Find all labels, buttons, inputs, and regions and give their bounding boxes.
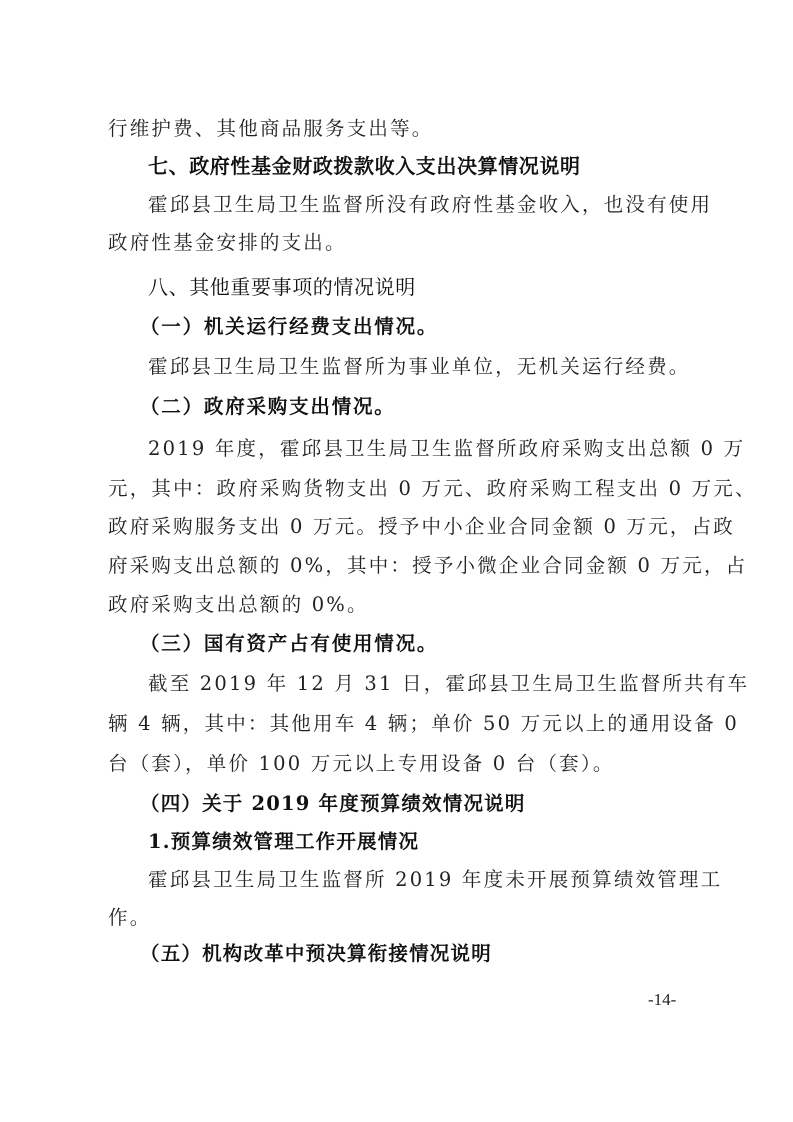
subsection-heading-2: （二）政府采购支出情况。 (140, 395, 730, 419)
body-paragraph-7-line1: 霍邱县卫生局卫生监督所没有政府性基金收入，也没有使用 (148, 193, 690, 217)
body-paragraph-8-3-line2: 辆 4 辆，其中：其他用车 4 辆；单价 50 万元以上的通用设备 0 (108, 712, 690, 736)
body-paragraph-8-3-line3: 台（套），单价 100 万元以上专用设备 0 台（套）。 (108, 752, 698, 776)
subsection-heading-4: （四）关于 2019 年度预算绩效情况说明 (140, 792, 730, 816)
body-paragraph-8-4-line1: 霍邱县卫生局卫生监督所 2019 年度未开展预算绩效管理工 (148, 868, 690, 892)
body-paragraph-8-1: 霍邱县卫生局卫生监督所为事业单位，无机关运行经费。 (148, 355, 738, 379)
body-paragraph-8-2-line2: 元，其中：政府采购货物支出 0 万元、政府采购工程支出 0 万元、 (108, 477, 690, 501)
page-number: -14- (648, 990, 676, 1010)
body-paragraph-8-2-line1: 2019 年度，霍邱县卫生局卫生监督所政府采购支出总额 0 万 (148, 437, 690, 461)
body-paragraph-8-2-line3: 政府采购服务支出 0 万元。授予中小企业合同金额 0 万元，占政 (108, 515, 690, 539)
body-paragraph-7-line2: 政府性基金安排的支出。 (108, 231, 698, 255)
document-page: 行维护费、其他商品服务支出等。 七、政府性基金财政拨款收入支出决算情况说明 霍邱… (0, 0, 793, 1122)
subsection-heading-1: （一）机关运行经费支出情况。 (140, 315, 730, 339)
body-paragraph-8-2-line5: 政府采购支出总额的 0%。 (108, 593, 698, 617)
body-paragraph-8-3-line1: 截至 2019 年 12 月 31 日，霍邱县卫生局卫生监督所共有车 (148, 672, 690, 696)
body-text-continuation: 行维护费、其他商品服务支出等。 (108, 117, 698, 141)
section-heading-8: 八、其他重要事项的情况说明 (148, 275, 738, 299)
subsection-heading-5: （五）机构改革中预决算衔接情况说明 (140, 942, 730, 966)
sub-item-heading-1: 1.预算绩效管理工作开展情况 (148, 830, 738, 854)
section-heading-7: 七、政府性基金财政拨款收入支出决算情况说明 (148, 154, 738, 178)
body-paragraph-8-4-line2: 作。 (108, 906, 698, 930)
subsection-heading-3: （三）国有资产占有使用情况。 (140, 632, 730, 656)
body-paragraph-8-2-line4: 府采购支出总额的 0%，其中：授予小微企业合同金额 0 万元，占 (108, 554, 690, 578)
